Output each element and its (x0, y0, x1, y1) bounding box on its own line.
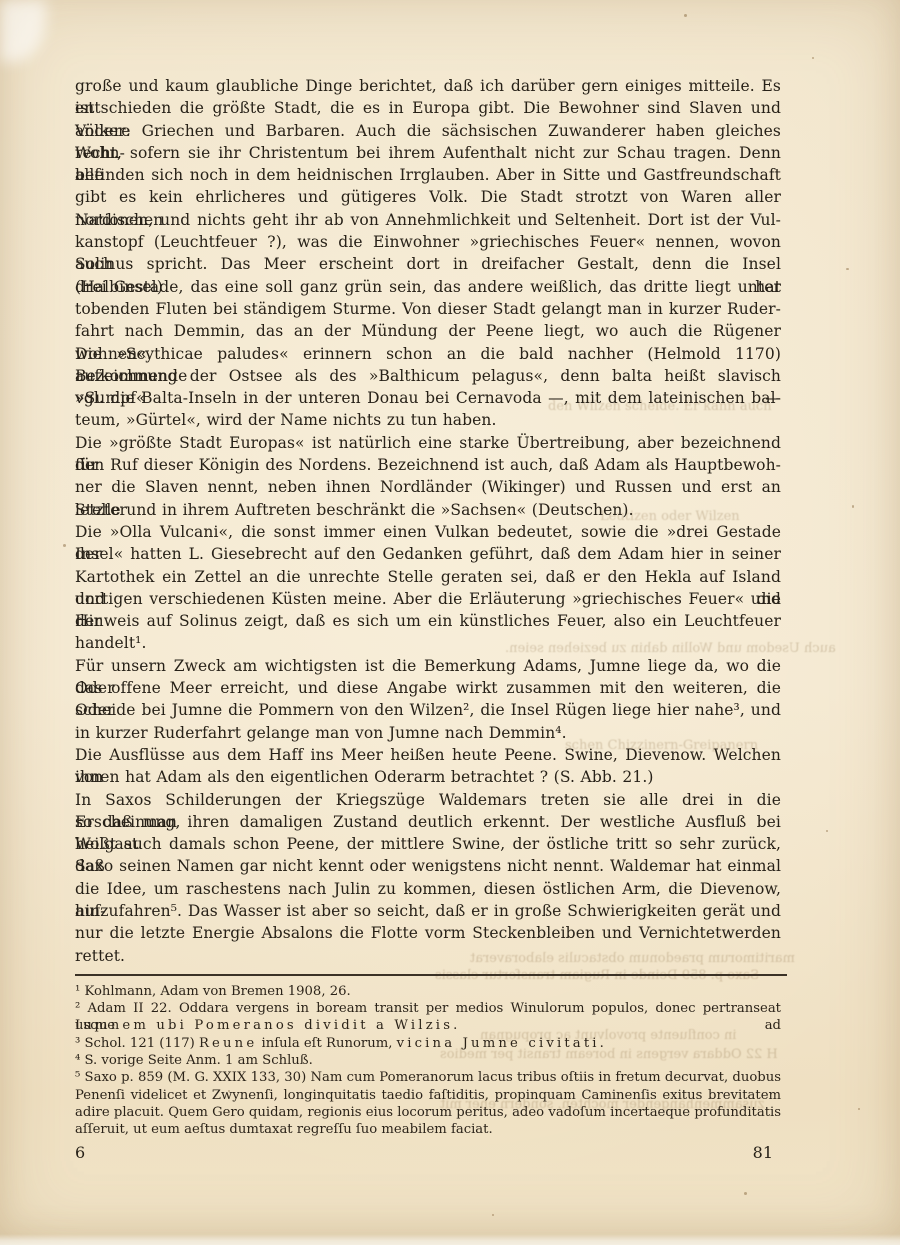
body-text-line: Nationen, und nichts geht ihr ab von Ann… (75, 209, 781, 231)
footnote-letterspaced-text: vicina Jumne civitati. (397, 1036, 607, 1051)
body-text-line: heißt auch damals schon Peene, der mittl… (75, 833, 781, 855)
paper-speck (63, 544, 66, 547)
body-text-line: handelt¹. (75, 632, 781, 654)
footnote-line: ³ Schol. 121 (117) Reune inſula eſt Runo… (75, 1035, 781, 1052)
body-text-line: kanstopf (Leuchtfeuer ?), was die Einwoh… (75, 231, 781, 253)
body-text-line: nur die letzte Energie Absalons die Flot… (75, 922, 781, 944)
body-text-line: teum, »Gürtel«, wird der Name nichts zu … (75, 409, 781, 431)
footnote-line: ⁵ Saxo p. 859 (M. G. XXIX 133, 30) Nam c… (75, 1069, 781, 1086)
footnote-line: Penenſi videlicet et Zwynenſi, longinqui… (75, 1087, 781, 1104)
body-text-line: Die »Olla Vulcani«, die sonst immer eine… (75, 521, 781, 543)
footnote-line: ⁴ S. vorige Seite Anm. 1 am Schluß. (75, 1052, 781, 1069)
body-text-line: Die Ausflüsse aus dem Haff ins Meer heiß… (75, 744, 781, 766)
body-text-line: ner die Slaven nennt, neben ihnen Nordlä… (75, 476, 781, 498)
body-text-line: so daß man ihren damaligen Zustand deutl… (75, 811, 781, 833)
body-text-line: Die »größte Stadt Europas« ist natürlich… (75, 432, 781, 454)
footnote-line: ² Adam II 22. Oddara vergens in boream t… (75, 1000, 781, 1017)
paper-speck (852, 505, 854, 508)
footnote-letterspaced-text: Iumnem ubi Pomeranos dividit a Wilzis. (75, 1018, 461, 1033)
footnote-line: ¹ Kohlmann, Adam von Bremen 1908, 26. (75, 983, 781, 1000)
body-text-line: befinden sich noch in dem heidnischen Ir… (75, 164, 781, 186)
body-text-line: in kurzer Ruderfahrt gelange man von Jum… (75, 722, 781, 744)
footnote-text: ⁵ Saxo p. 859 (M. G. XXIX 133, 30) Nam c… (75, 1070, 781, 1085)
body-text-line: Die »Scythicae paludes« erinnern schon a… (75, 343, 781, 365)
body-text-line: drei Gestade, das eine soll ganz grün se… (75, 276, 781, 298)
body-text-line: tobenden Fluten bei ständigem Sturme. Vo… (75, 298, 781, 320)
body-text-line: entschieden die größte Stadt, die es in … (75, 97, 781, 119)
body-text-line: Stelle und in ihrem Auftreten beschränkt… (75, 499, 781, 521)
body-text-line: In Saxos Schilderungen der Kriegszüge Wa… (75, 789, 781, 811)
footnotes: ¹ Kohlmann, Adam von Bremen 1908, 26.² A… (75, 983, 781, 1139)
paper-speck (684, 14, 687, 17)
page-number: 81 (753, 1143, 773, 1162)
body-text-line: fahrt nach Demmin, das an der Mündung de… (75, 320, 781, 342)
paper-speck (492, 1214, 494, 1216)
body-text-line: Hinweis auf Solinus zeigt, daß es sich u… (75, 610, 781, 632)
body-text-line: den Ruf dieser Königin des Nordens. Beze… (75, 454, 781, 476)
footnote-text: adire placuit. Quem Gero quidam, regioni… (75, 1105, 781, 1120)
page-footer: 6 81 (75, 1143, 781, 1162)
body-text-line: Saxo seinen Namen gar nicht kennt oder w… (75, 855, 781, 877)
body-text-line: große und kaum glaubliche Dinge berichte… (75, 75, 781, 97)
signature-number: 6 (75, 1143, 85, 1162)
body-text-line: Bezeichnung der Ostsee als des »Balthicu… (75, 365, 781, 387)
scan-corner-glare (0, 0, 46, 62)
body-text-line: rettet. (75, 945, 781, 967)
paper-speck (812, 57, 814, 59)
paper-speck (846, 268, 849, 270)
paper-speck (826, 830, 828, 832)
body-text-line: recht, sofern sie ihr Christentum bei ih… (75, 142, 781, 164)
footnote-text: ³ Schol. 121 (117) (75, 1036, 199, 1051)
paper-speck (858, 1108, 860, 1110)
body-text-line: Völker: Griechen und Barbaren. Auch die … (75, 120, 781, 142)
paper-speck (744, 1192, 747, 1195)
scan-bottom-edge (0, 1234, 900, 1245)
body-text: große und kaum glaubliche Dinge berichte… (75, 75, 781, 967)
body-text-line: aufzufahren⁵. Das Wasser ist aber so sei… (75, 900, 781, 922)
body-text-line: die Idee, um raschestens nach Julin zu k… (75, 878, 781, 900)
body-text-line: gibt es kein ehrlicheres und gütigeres V… (75, 186, 781, 208)
paper-speck (228, 1090, 230, 1092)
scanned-book-page: den Wilzen scheide. Er kann auchLeutizen… (0, 0, 900, 1245)
footnote-line: adire placuit. Quem Gero quidam, regioni… (75, 1104, 781, 1121)
body-text-line: scheide bei Jumne die Pommern von den Wi… (75, 699, 781, 721)
footnote-letterspaced-text: Reune (199, 1036, 257, 1051)
body-text-line: Kartothek ein Zettel an die unrechte Ste… (75, 566, 781, 588)
footnote-text: Penenſi videlicet et Zwynenſi, longinqui… (75, 1088, 781, 1103)
footnote-text: ¹ Kohlmann, Adam von Bremen 1908, 26. (75, 984, 351, 999)
body-text-line: dortigen verschiedenen Küsten meine. Abe… (75, 588, 781, 610)
footnote-separator-rule (75, 974, 787, 976)
page-text-block: große und kaum glaubliche Dinge berichte… (75, 75, 781, 1139)
body-text-line: Solinus spricht. Das Meer erscheint dort… (75, 253, 781, 275)
body-text-line: vgl. die Balta-Inseln in der unteren Don… (75, 387, 781, 409)
footnote-line: aſſeruit, ut eum aeſtus dumtaxat regreſſ… (75, 1121, 781, 1138)
body-text-line: Für unsern Zweck am wichtigsten ist die … (75, 655, 781, 677)
footnote-text: inſula eſt Runorum, (257, 1036, 396, 1051)
body-text-line: Insel« hatten L. Giesebrecht auf den Ged… (75, 543, 781, 565)
body-text-line: das offene Meer erreicht, und diese Anga… (75, 677, 781, 699)
body-text-line: ihnen hat Adam als den eigentlichen Oder… (75, 766, 781, 788)
footnote-text: ⁴ S. vorige Seite Anm. 1 am Schluß. (75, 1053, 313, 1068)
footnote-text: aſſeruit, ut eum aeſtus dumtaxat regreſſ… (75, 1122, 493, 1137)
